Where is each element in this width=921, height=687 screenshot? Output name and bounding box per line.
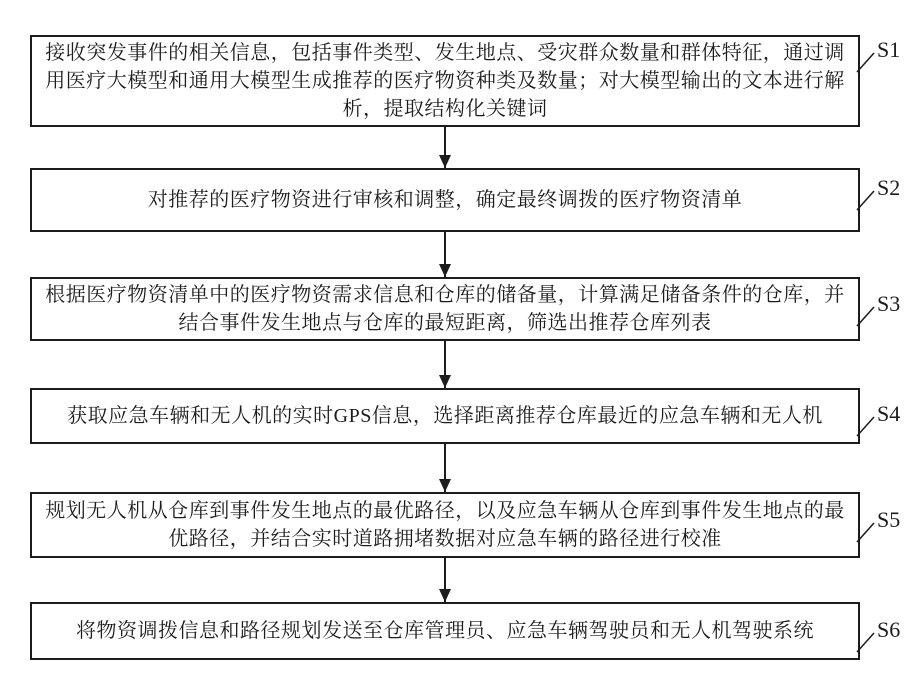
flow-step-box-s3: 根据医疗物资清单中的医疗物资需求信息和仓库的储备量，计算满足储备条件的仓库，并结… (30, 277, 860, 341)
reference-connector-line (856, 517, 876, 545)
step-text-s6: 将物资调拨信息和路径规划发送至仓库管理员、应急车辆驾驶员和无人机驾驶系统 (32, 616, 858, 646)
step-text-s4: 获取应急车辆和无人机的实时GPS信息，选择距离推荐仓库最近的应急车辆和无人机 (32, 401, 858, 431)
reference-connector-line (856, 627, 876, 655)
step-label-s1: S1 (877, 38, 900, 62)
step-text-s2: 对推荐的医疗物资进行审核和调整，确定最终调拨的医疗物资清单 (32, 185, 858, 215)
step-text-s3: 根据医疗物资清单中的医疗物资需求信息和仓库的储备量，计算满足储备条件的仓库，并结… (32, 280, 858, 338)
arrow-down-icon (444, 444, 446, 492)
flow-step-box-s5: 规划无人机从仓库到事件发生地点的最优路径，以及应急车辆从仓库到事件发生地点的最优… (30, 492, 860, 558)
flow-step-box-s6: 将物资调拨信息和路径规划发送至仓库管理员、应急车辆驾驶员和无人机驾驶系统 (30, 602, 860, 660)
reference-connector-line (856, 47, 876, 75)
step-ref-s2: S2 (856, 176, 900, 213)
step-text-s1: 接收突发事件的相关信息，包括事件类型、发生地点、受灾群众数量和群体特征，通过调用… (32, 38, 858, 124)
step-label-s2: S2 (877, 176, 900, 200)
flowchart-canvas: 接收突发事件的相关信息，包括事件类型、发生地点、受灾群众数量和群体特征，通过调用… (0, 0, 921, 687)
flow-step-box-s2: 对推荐的医疗物资进行审核和调整，确定最终调拨的医疗物资清单 (30, 168, 860, 232)
reference-connector-line (856, 185, 876, 213)
arrow-down-icon (444, 127, 446, 168)
step-ref-s6: S6 (856, 618, 900, 655)
step-ref-s1: S1 (856, 38, 900, 75)
arrow-down-icon (444, 558, 446, 602)
flow-step-box-s1: 接收突发事件的相关信息，包括事件类型、发生地点、受灾群众数量和群体特征，通过调用… (30, 35, 860, 127)
arrow-down-icon (444, 232, 446, 277)
step-label-s6: S6 (877, 618, 900, 642)
reference-connector-line (856, 411, 876, 439)
step-label-s4: S4 (877, 402, 900, 426)
step-ref-s3: S3 (856, 292, 900, 329)
reference-connector-line (856, 301, 876, 329)
step-text-s5: 规划无人机从仓库到事件发生地点的最优路径，以及应急车辆从仓库到事件发生地点的最优… (32, 496, 858, 554)
arrow-down-icon (444, 341, 446, 388)
step-label-s3: S3 (877, 292, 900, 316)
step-ref-s4: S4 (856, 402, 900, 439)
step-label-s5: S5 (877, 508, 900, 532)
flow-step-box-s4: 获取应急车辆和无人机的实时GPS信息，选择距离推荐仓库最近的应急车辆和无人机 (30, 388, 860, 444)
step-ref-s5: S5 (856, 508, 900, 545)
